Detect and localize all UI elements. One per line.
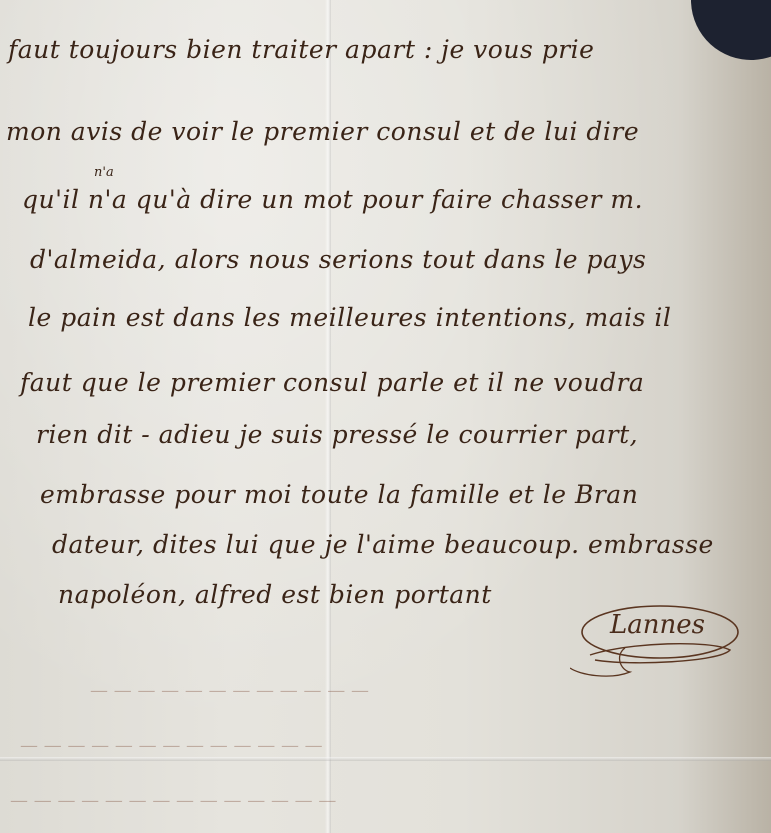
letter-line-7: rien dit - adieu je suis pressé le courr… bbox=[36, 420, 638, 449]
letter-line-1: faut toujours bien traiter apart : je vo… bbox=[8, 35, 748, 64]
letter-line-4: d'almeida, alors nous serions tout dans … bbox=[30, 245, 646, 274]
letter-line-6: faut que le premier consul parle et il n… bbox=[20, 368, 644, 397]
letter-line-9: dateur, dites lui que je l'aime beaucoup… bbox=[52, 530, 714, 559]
interlinear-insertion: n'a bbox=[94, 165, 114, 180]
bleed-through-text: — — — — — — — — — — — — — — bbox=[10, 790, 336, 811]
signature-name: Lannes bbox=[610, 610, 705, 640]
letter-line-8: embrasse pour moi toute la famille et le… bbox=[40, 480, 638, 509]
letter-line-5: le pain est dans les meilleures intentio… bbox=[28, 303, 671, 332]
bleed-through-text: — — — — — — — — — — — — bbox=[90, 680, 369, 701]
signature: Lannes bbox=[570, 600, 745, 680]
bleed-through-text: — — — — — — — — — — — — — bbox=[20, 735, 323, 756]
letter-line-2: mon avis de voir le premier consul et de… bbox=[6, 117, 639, 146]
letter-line-3: qu'il n'a qu'à dire un mot pour faire ch… bbox=[22, 185, 643, 214]
letter-page: faut toujours bien traiter apart : je vo… bbox=[0, 0, 771, 833]
paper-fold-horizontal bbox=[0, 757, 771, 761]
letter-line-10: napoléon, alfred est bien portant bbox=[58, 580, 492, 609]
